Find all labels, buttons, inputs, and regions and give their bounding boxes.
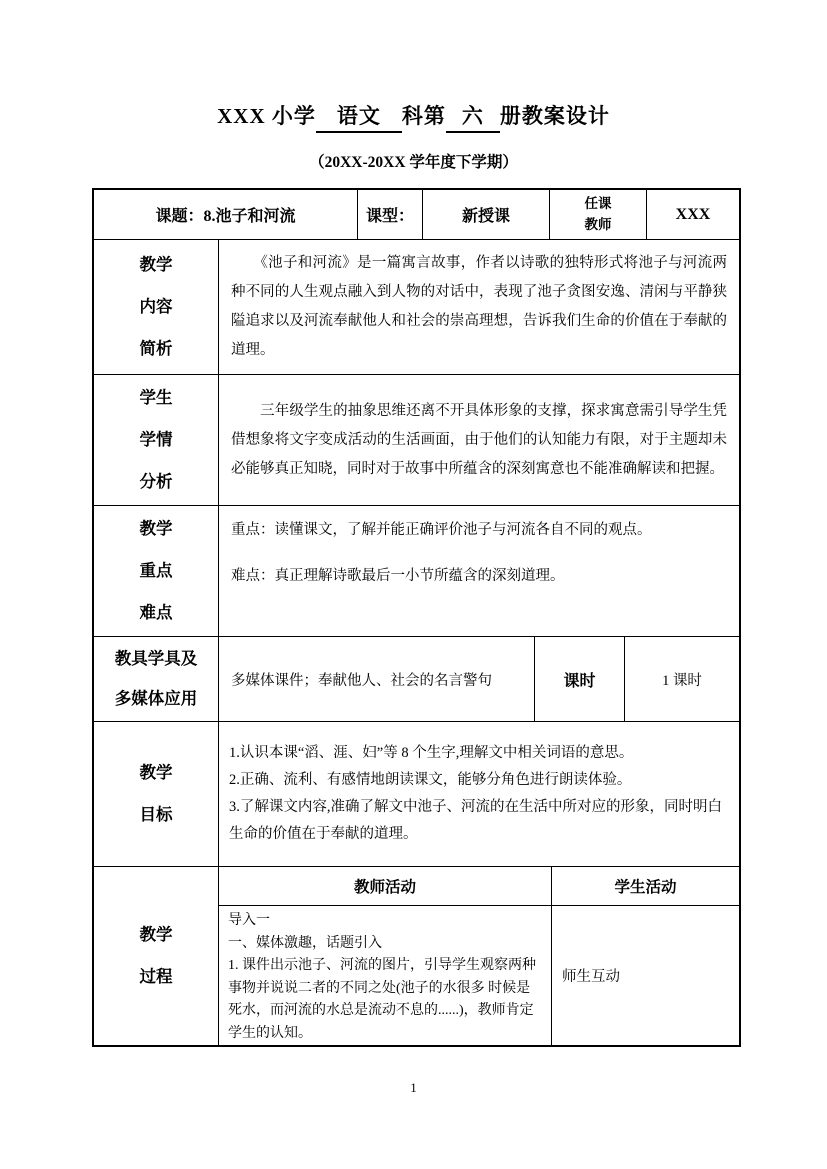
difficult-point: 难点：真正理解诗歌最后一小节所蕴含的深刻道理。 (231, 565, 727, 588)
key-point: 重点：读懂课文，了解并能正确评价池子与河流各自不同的观点。 (231, 519, 727, 542)
teaching-aids-label: 教具学具及 多媒体应用 (94, 637, 219, 722)
process-header-row: 教师活动 学生活动 (219, 867, 739, 906)
hours-label-cell: 课时 (535, 637, 625, 722)
course-type-label-cell: 课型： (358, 190, 423, 240)
document-title: XXX 小学语文科第六册教案设计 (0, 100, 827, 133)
key-points-label: 教学 重点 难点 (94, 506, 219, 637)
hours-value-cell: 1 课时 (625, 637, 739, 722)
student-analysis-label: 学生 学情 分析 (94, 375, 219, 506)
student-activity-header: 学生活动 (552, 867, 739, 906)
title-school: XXX 小学 (217, 104, 316, 128)
title-volume-underlined: 六 (446, 100, 500, 133)
student-activity-text: 师生互动 (552, 906, 739, 1045)
title-tail: 册教案设计 (500, 104, 610, 128)
teacher-activity-header: 教师活动 (219, 867, 552, 906)
content-summary-text: 《池子和河流》是一篇寓言故事，作者以诗歌的独特形式将池子与河流两种不同的人生观点… (219, 240, 739, 375)
document-subtitle: （20XX-20XX 学年度下学期） (0, 150, 827, 172)
topic-cell: 课题：8.池子和河流 (94, 190, 358, 240)
key-points-text: 重点：读懂课文，了解并能正确评价池子与河流各自不同的观点。 难点：真正理解诗歌最… (219, 506, 739, 637)
title-subject-underlined: 语文 (316, 100, 402, 133)
objectives-text: 1.认识本课“滔、涯、妇”等 8 个生字,理解文中相关词语的意思。 2.正确、流… (219, 722, 739, 867)
course-type-value-cell: 新授课 (423, 190, 550, 240)
teacher-value-cell: XXX (647, 190, 739, 240)
lesson-plan-table: 课题：8.池子和河流 课型： 新授课 任课 教师 XXX 教学 内容 简析 《池… (92, 188, 741, 1047)
teacher-label-cell: 任课 教师 (550, 190, 647, 240)
process-columns: 教师活动 学生活动 导入一 一、媒体激趣，话题引入 1. 课件出示池子、河流的图… (219, 867, 739, 1045)
row-process: 教学 过程 教师活动 学生活动 导入一 一、媒体激趣，话题引入 1. 课件出示池… (94, 867, 739, 1045)
teacher-activity-text: 导入一 一、媒体激趣，话题引入 1. 课件出示池子、河流的图片，引导学生观察两种… (219, 906, 552, 1045)
row-key-points: 教学 重点 难点 重点：读懂课文，了解并能正确评价池子与河流各自不同的观点。 难… (94, 506, 739, 637)
row-topic: 课题：8.池子和河流 课型： 新授课 任课 教师 XXX (94, 190, 739, 240)
student-analysis-text: 三年级学生的抽象思维还离不开具体形象的支撑，探求寓意需引导学生凭借想象将文字变成… (219, 375, 739, 506)
row-content-summary: 教学 内容 简析 《池子和河流》是一篇寓言故事，作者以诗歌的独特形式将池子与河流… (94, 240, 739, 375)
row-student-analysis: 学生 学情 分析 三年级学生的抽象思维还离不开具体形象的支撑，探求寓意需引导学生… (94, 375, 739, 506)
objectives-label: 教学 目标 (94, 722, 219, 867)
document-page: XXX 小学语文科第六册教案设计 （20XX-20XX 学年度下学期） 课题：8… (0, 0, 827, 1169)
teaching-aids-text: 多媒体课件；奉献他人、社会的名言警句 (219, 637, 535, 722)
content-summary-label: 教学 内容 简析 (94, 240, 219, 375)
process-label: 教学 过程 (94, 867, 219, 1045)
row-teaching-aids: 教具学具及 多媒体应用 多媒体课件；奉献他人、社会的名言警句 课时 1 课时 (94, 637, 739, 722)
title-mid: 科第 (402, 104, 446, 128)
page-number: 1 (0, 1080, 827, 1096)
process-content-row: 导入一 一、媒体激趣，话题引入 1. 课件出示池子、河流的图片，引导学生观察两种… (219, 906, 739, 1045)
row-objectives: 教学 目标 1.认识本课“滔、涯、妇”等 8 个生字,理解文中相关词语的意思。 … (94, 722, 739, 867)
